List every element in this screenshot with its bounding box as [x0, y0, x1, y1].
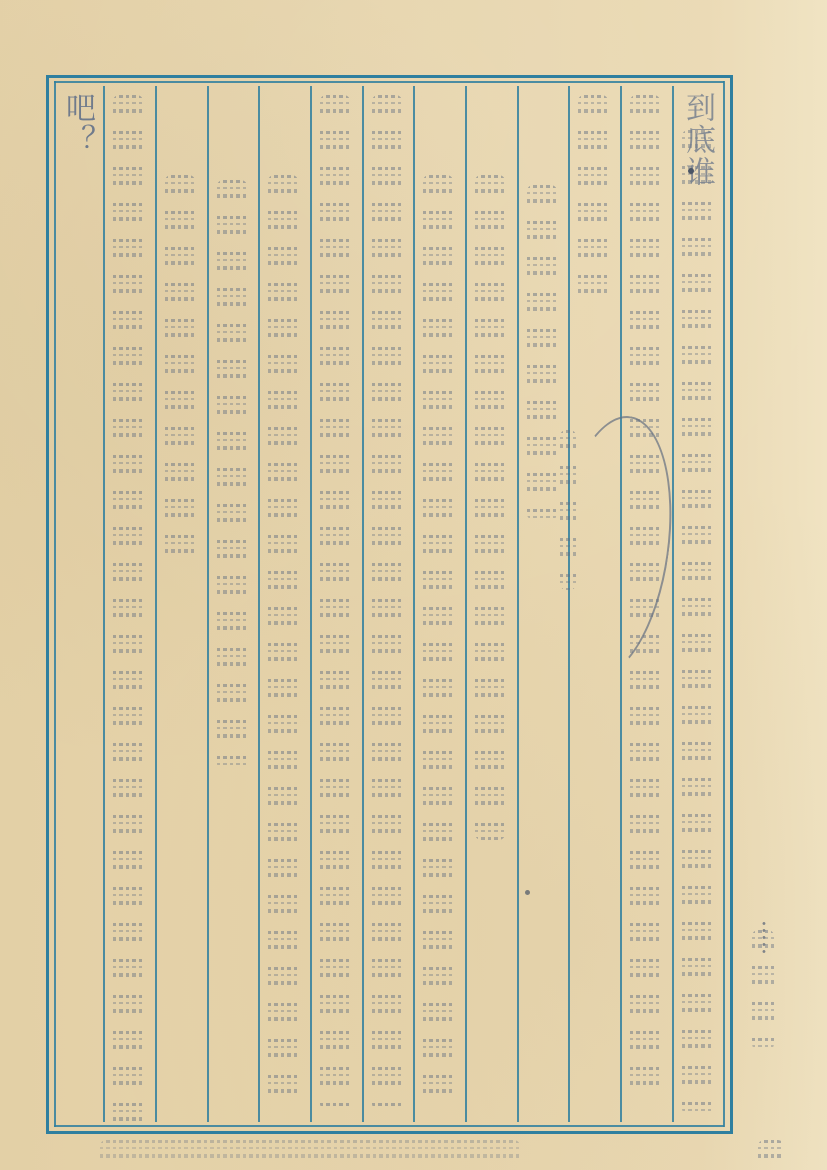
handwritten-column-7 — [372, 95, 402, 1110]
column-rule — [413, 86, 415, 1122]
column-rule — [207, 86, 209, 1122]
frame-left-inner — [54, 81, 56, 1127]
first-column-start: 到底谁 — [682, 92, 712, 188]
frame-top-outer — [46, 75, 732, 78]
handwritten-column-8 — [320, 95, 350, 1110]
handwritten-column-4 — [527, 185, 557, 520]
handwritten-column-3 — [578, 95, 608, 310]
frame-bottom-outer — [46, 1131, 732, 1134]
frame-right-inner — [723, 81, 725, 1127]
handwritten-column-1 — [682, 130, 712, 1115]
frame-left-outer — [46, 75, 49, 1134]
handwritten-column-12 — [113, 95, 143, 1130]
frame-bottom-inner — [54, 1125, 724, 1127]
bottom-margin-note-strokes — [100, 1140, 520, 1170]
bottom-right-note-strokes — [758, 1140, 784, 1170]
column-rule — [258, 86, 260, 1122]
column-rule — [672, 86, 674, 1122]
frame-right-outer — [730, 75, 733, 1134]
column-rule — [517, 86, 519, 1122]
ink-blot — [688, 168, 694, 174]
column-rule — [310, 86, 312, 1122]
handwritten-column-9 — [268, 175, 298, 1110]
frame-top-inner — [54, 81, 724, 83]
column-rule — [155, 86, 157, 1122]
column-rule — [362, 86, 364, 1122]
right-margin-note-strokes — [752, 930, 774, 1050]
last-column-text: 吧？ — [62, 92, 92, 156]
handwritten-column-5 — [475, 175, 505, 840]
column-rule — [465, 86, 467, 1122]
handwritten-column-6 — [423, 175, 453, 1110]
handwritten-column-10 — [217, 180, 247, 770]
handwritten-column-11 — [165, 175, 195, 560]
ink-dot — [525, 890, 530, 895]
column-rule — [103, 86, 105, 1122]
